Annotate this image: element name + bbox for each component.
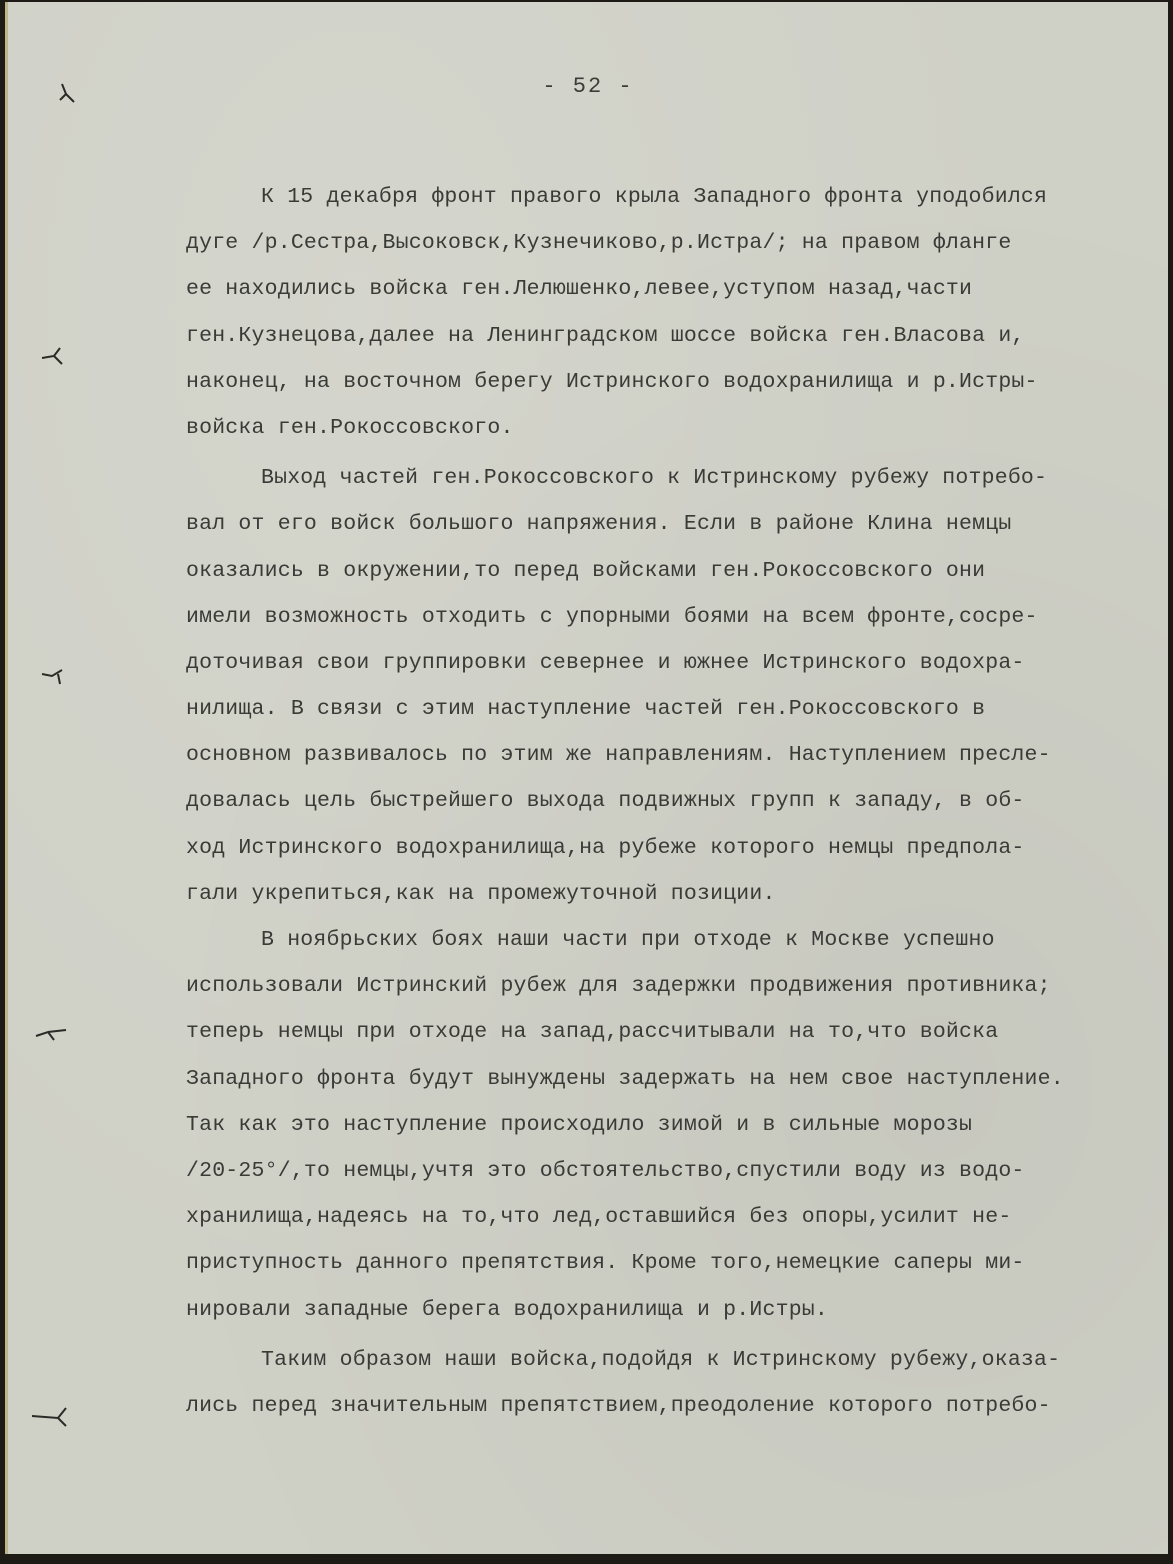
text-line: Выход частей ген.Рокоссовского к Истринс… (186, 458, 1146, 504)
text-line: имели возможность отходить с упорными бо… (186, 597, 1146, 643)
punch-hole-mark (38, 664, 78, 688)
text-line: войска ген.Рокоссовского. (186, 408, 1146, 454)
text-line: довалась цель быстрейшего выхода подвижн… (186, 781, 1146, 827)
paragraph: Выход частей ген.Рокоссовского к Истринс… (186, 458, 1146, 920)
document-page: - 52 - К 15 декабря фронт правого крыла … (5, 2, 1168, 1554)
paragraph: В ноябрьских боях наши части при отходе … (186, 920, 1146, 1336)
text-line: основном развивалось по этим же направле… (186, 735, 1146, 781)
text-line: К 15 декабря фронт правого крыла Западно… (186, 177, 1146, 223)
text-line: Так как это наступление происходило зимо… (186, 1105, 1146, 1151)
text-line: Таким образом наши войска,подойдя к Истр… (186, 1340, 1146, 1386)
text-line: использовали Истринский рубеж для задерж… (186, 966, 1146, 1012)
typewritten-body: К 15 декабря фронт правого крыла Западно… (186, 177, 1146, 1432)
punch-hole-mark (38, 344, 78, 368)
text-line: ход Истринского водохранилища,на рубеже … (186, 828, 1146, 874)
text-line: хранилища,надеясь на то,что лед,оставший… (186, 1197, 1146, 1243)
text-line: наконец, на восточном берегу Истринского… (186, 362, 1146, 408)
text-line: В ноябрьских боях наши части при отходе … (186, 920, 1146, 966)
page-number: - 52 - (8, 74, 1168, 99)
text-line: приступность данного препятствия. Кроме … (186, 1243, 1146, 1289)
text-line: Западного фронта будут вынуждены задержа… (186, 1059, 1146, 1105)
text-line: лись перед значительным препятствием,пре… (186, 1386, 1146, 1432)
paragraph: Таким образом наши войска,подойдя к Истр… (186, 1340, 1146, 1432)
punch-hole-mark (32, 1022, 72, 1046)
text-line: /20-25°/,то немцы,учтя это обстоятельств… (186, 1151, 1146, 1197)
text-line: нилища. В связи с этим наступление часте… (186, 689, 1146, 735)
text-line: нировали западные берега водохранилища и… (186, 1290, 1146, 1336)
text-line: доточивая свои группировки севернее и юж… (186, 643, 1146, 689)
text-line: вал от его войск большого напряжения. Ес… (186, 504, 1146, 550)
text-line: оказались в окружении,то перед войсками … (186, 551, 1146, 597)
text-line: ген.Кузнецова,далее на Ленинградском шос… (186, 316, 1146, 362)
punch-hole-mark (30, 1404, 70, 1428)
text-line: ее находились войска ген.Лелюшенко,левее… (186, 269, 1146, 315)
paragraph: К 15 декабря фронт правого крыла Западно… (186, 177, 1146, 454)
text-line: теперь немцы при отходе на запад,рассчит… (186, 1012, 1146, 1058)
text-line: дуге /р.Сестра,Высоковск,Кузнечиково,р.И… (186, 223, 1146, 269)
text-line: гали укрепиться,как на промежуточной поз… (186, 874, 1146, 920)
